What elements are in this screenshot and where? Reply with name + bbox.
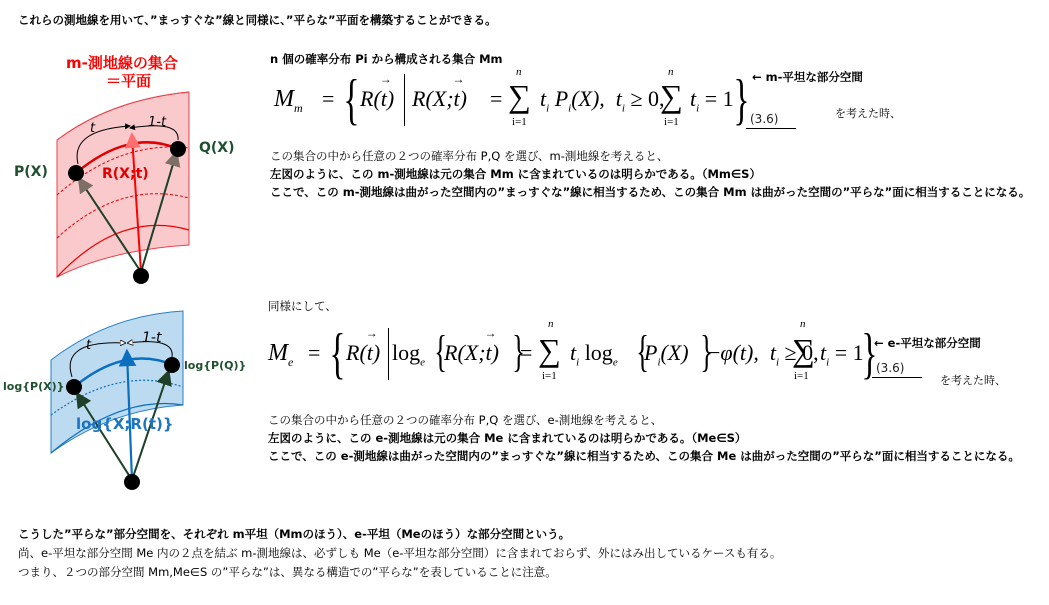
- section-e-consider: を考えた時、: [940, 373, 1006, 389]
- section-m-line-2: 左図のように、この m-測地線は元の集合 Mm に含まれているのは明らかである。…: [270, 166, 761, 182]
- section-m-line-3: ここで、この m-測地線は曲がった空間内の”まっすぐな”線に相当するため、この集…: [270, 184, 1030, 200]
- section-e-side-note: ← e-平坦な部分空間: [874, 335, 981, 351]
- conclusion-line-3: つまり、２つの部分空間 Mm,Me∈S の”平らな”は、異なる構造での”平らな”…: [18, 564, 557, 580]
- conclusion-line-2: 尚、e-平坦な部分空間 Me 内の２点を結ぶ m-測地線は、必ずしも Me（e-…: [18, 545, 781, 561]
- section-m-heading: n 個の確率分布 Pi から構成される集合 Mm: [270, 51, 503, 67]
- section-e-line-3: ここで、この e-測地線は曲がった空間内の”まっすぐな”線に相当するため、この集…: [268, 448, 1020, 464]
- figure-e-geodesic: t 1-t log{P(X)} log{P(Q)} log{X;R(t)}: [0, 295, 260, 495]
- section-m-consider: を考えた時、: [835, 106, 901, 122]
- figure-m-label-q: Q(X): [199, 140, 235, 156]
- figure-e-diagram: t 1-t: [0, 295, 260, 495]
- section-e-heading: 同様にして、: [268, 298, 337, 314]
- figure-m-t-label: t: [90, 121, 96, 136]
- figure-e-label-q: log{P(Q)}: [184, 359, 246, 372]
- figure-m-1t-label: 1-t: [148, 115, 167, 130]
- equation-m: Mm = { R(t→) R(X;t→) = n ∑ i=1 ti Pi(X),…: [270, 66, 740, 136]
- section-m-eq-number: (3.6): [746, 108, 796, 127]
- figure-e-label-r: log{X;R(t)}: [76, 415, 174, 433]
- figure-m-label-p: P(X): [14, 164, 48, 180]
- conclusion-line-1: こうした”平らな”部分空間を、それぞれ m平坦（Mmのほう）、e-平坦（Meのほ…: [18, 526, 570, 542]
- section-e-line-1: この集合の中から任意の２つの確率分布 P,Q を選び、e-測地線を考えると、: [268, 412, 662, 428]
- section-m-line-1: この集合の中から任意の２つの確率分布 P,Q を選び、m-測地線を考えると、: [270, 148, 668, 164]
- section-e-line-2: 左図のように、この e-測地線は元の集合 Me に含まれているのは明らかである。…: [268, 430, 746, 446]
- figure-e-label-p: log{P(X)}: [3, 380, 64, 393]
- intro-text: これらの測地線を用いて、”まっすぐな”線と同様に、”平らな”平面を構築することが…: [18, 12, 497, 28]
- section-e-eq-number: (3.6): [872, 357, 922, 376]
- equation-e: Me = { R(t→) loge { R(X;t→) } = n ∑ i=1 …: [264, 318, 874, 390]
- figure-m-geodesic: m-測地線の集合 ＝平面 t 1-t P(X) Q(X) R(X;t): [0, 40, 260, 290]
- figure-m-label-r: R(X;t): [102, 166, 149, 182]
- figure-e-1t-label: 1-t: [142, 330, 162, 346]
- figure-e-t-label: t: [86, 338, 92, 353]
- section-m-side-note: ← m-平坦な部分空間: [752, 69, 863, 85]
